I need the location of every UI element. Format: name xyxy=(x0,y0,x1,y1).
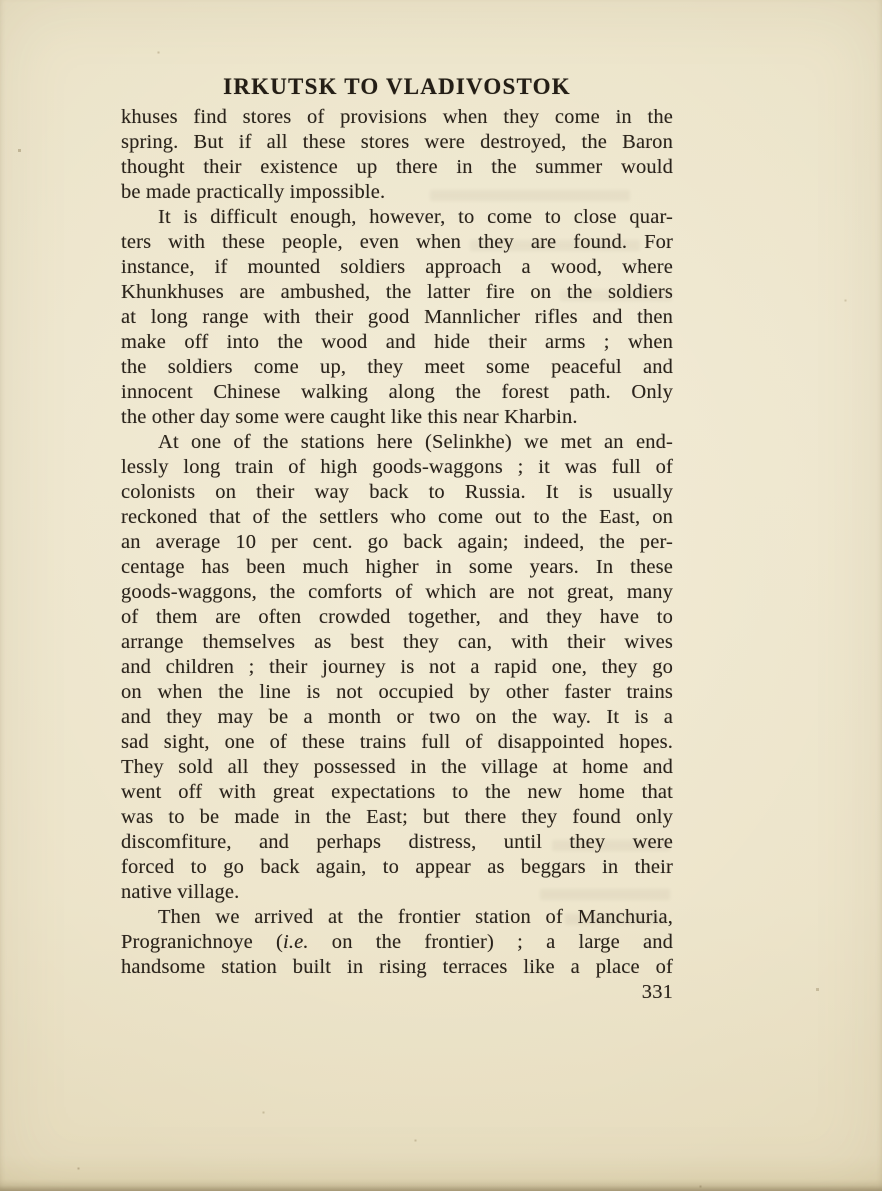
text-line: khuses find stores of provisions when th… xyxy=(121,105,673,130)
text-line: an average 10 per cent. go back again; i… xyxy=(121,530,673,555)
text-line: instance, if mounted soldiers approach a… xyxy=(121,255,673,280)
text-line: innocent Chinese walking along the fores… xyxy=(121,380,673,405)
text-line: Khunkhuses are ambushed, the latter fire… xyxy=(121,280,673,305)
text-line: forced to go back again, to appear as be… xyxy=(121,855,673,880)
text-line: be made practically impossible. xyxy=(121,180,673,205)
text-line: of them are often crowded together, and … xyxy=(121,605,673,630)
text-line: sad sight, one of these trains full of d… xyxy=(121,730,673,755)
book-page: IRKUTSK TO VLADIVOSTOK khuses find store… xyxy=(0,0,882,1191)
page-number: 331 xyxy=(121,980,673,1005)
scan-edge-shadow xyxy=(0,1179,882,1191)
text-line: the other day some were caught like this… xyxy=(121,405,673,430)
text-lines: khuses find stores of provisions when th… xyxy=(121,105,673,980)
text-line: spring. But if all these stores were des… xyxy=(121,130,673,155)
text-line: the soldiers come up, they meet some pea… xyxy=(121,355,673,380)
page-text: khuses find stores of provisions when th… xyxy=(121,105,673,1005)
text-line: thought their existence up there in the … xyxy=(121,155,673,180)
text-line: discomfiture, and perhaps distress, unti… xyxy=(121,830,673,855)
text-line: was to be made in the East; but there th… xyxy=(121,805,673,830)
text-line: Then we arrived at the frontier station … xyxy=(121,905,673,930)
paper-speckle xyxy=(0,0,1,1)
text-line: went off with great expectations to the … xyxy=(121,780,673,805)
text-line: It is difficult enough, however, to come… xyxy=(121,205,673,230)
text-line: make off into the wood and hide their ar… xyxy=(121,330,673,355)
running-head: IRKUTSK TO VLADIVOSTOK xyxy=(121,72,673,102)
text-line: They sold all they possessed in the vill… xyxy=(121,755,673,780)
text-line: native village. xyxy=(121,880,673,905)
text-line: handsome station built in rising terrace… xyxy=(121,955,673,980)
text-line: goods-waggons, the comforts of which are… xyxy=(121,580,673,605)
text-line: ters with these people, even when they a… xyxy=(121,230,673,255)
text-line: and they may be a month or two on the wa… xyxy=(121,705,673,730)
text-line: Progranichnoye (i.e. on the frontier) ; … xyxy=(121,930,673,955)
text-line: at long range with their good Mannlicher… xyxy=(121,305,673,330)
text-line: lessly long train of high goods-waggons … xyxy=(121,455,673,480)
text-line: reckoned that of the settlers who come o… xyxy=(121,505,673,530)
text-line: At one of the stations here (Selinkhe) w… xyxy=(121,430,673,455)
text-line: colonists on their way back to Russia. I… xyxy=(121,480,673,505)
text-line: on when the line is not occupied by othe… xyxy=(121,680,673,705)
text-line: centage has been much higher in some yea… xyxy=(121,555,673,580)
text-line: and children ; their journey is not a ra… xyxy=(121,655,673,680)
text-line: arrange themselves as best they can, wit… xyxy=(121,630,673,655)
